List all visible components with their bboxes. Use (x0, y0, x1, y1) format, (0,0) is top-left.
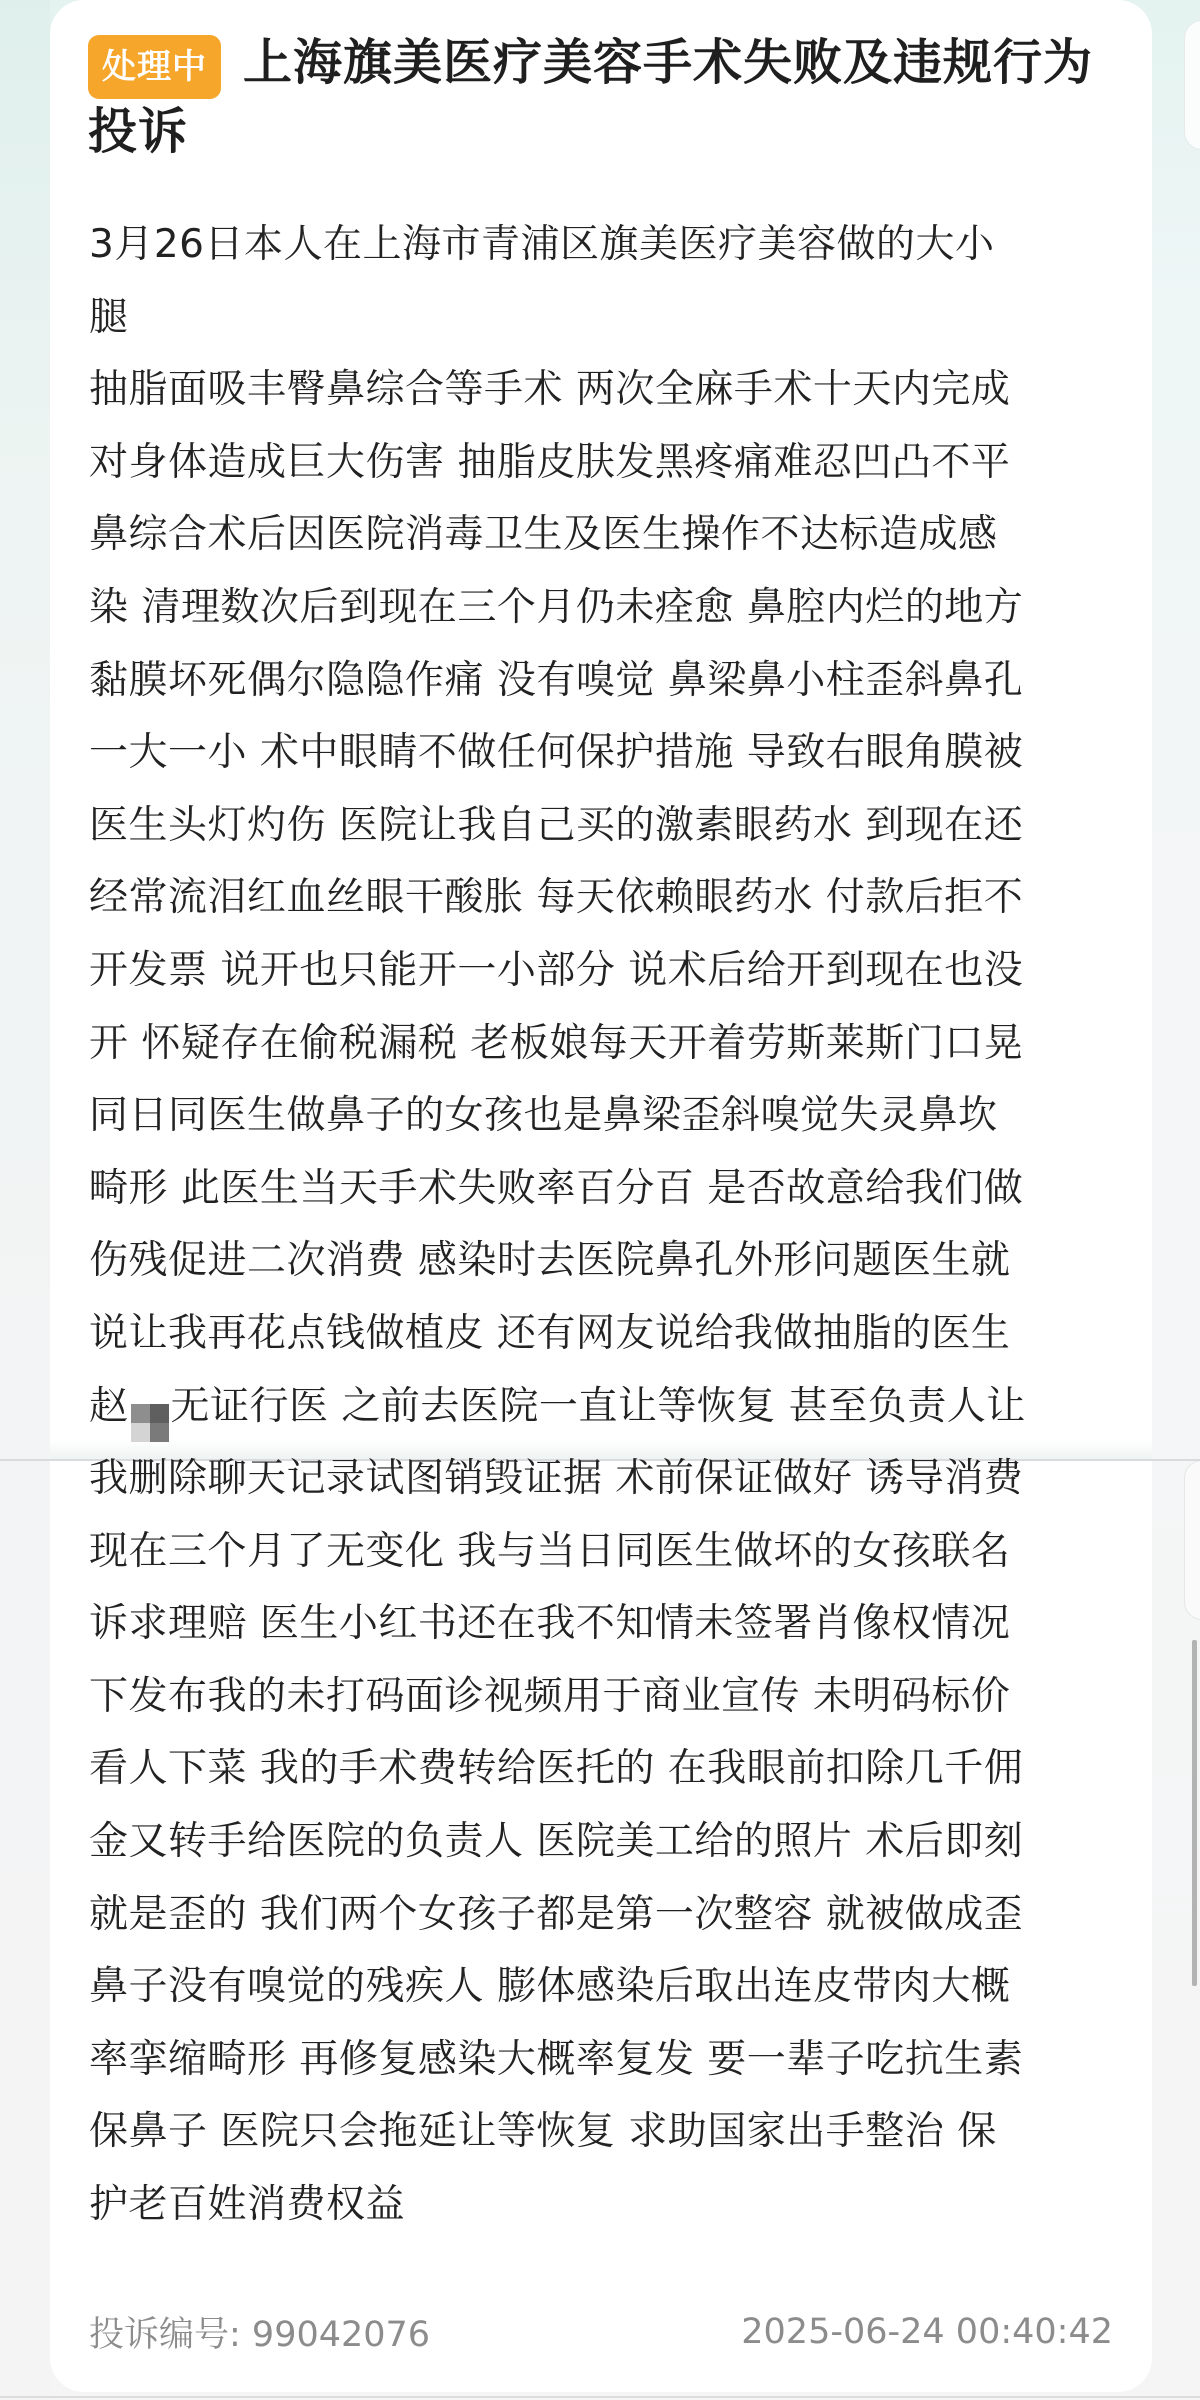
body-line: 鼻综合术后因医院消毒卫生及医生操作不达标造成感 (89, 499, 1119, 572)
body-line: 3月26日本人在上海市青浦区旗美医疗美容做的大小 (89, 209, 1119, 282)
body-line: 诉求理赔 医生小红书还在我不知情未签署肖像权情况 (89, 1588, 1119, 1661)
redacted-name-mosaic (131, 1404, 169, 1442)
body-line: 现在三个月了无变化 我与当日同医生做坏的女孩联名 (89, 1516, 1119, 1589)
body-line: 经常流泪红血丝眼干酸胀 每天依赖眼药水 付款后拒不 (89, 862, 1119, 935)
body-line: 就是歪的 我们两个女孩子都是第一次整容 就被做成歪 (89, 1879, 1119, 1952)
complaint-header: 处理中上海旗美医疗美容手术失败及违规行为投诉 (88, 30, 1128, 165)
complaint-title: 上海旗美医疗美容手术失败及违规行为投诉 (88, 34, 1093, 160)
adjacent-card-edge-lower (1184, 1460, 1200, 1620)
body-line: 对身体造成巨大伤害 抽脂皮肤发黑疼痛难忍凹凸不平 (89, 427, 1119, 500)
complaint-id-value: 99042076 (252, 2315, 430, 2355)
body-line: 鼻子没有嗅觉的残疾人 膨体感染后取出连皮带肉大概 (89, 1951, 1119, 2024)
body-line: 护老百姓消费权益 (89, 2169, 1119, 2242)
adjacent-card-edge (1184, 20, 1200, 150)
scrollbar-thumb[interactable] (1192, 1640, 1197, 1986)
body-line: 我删除聊天记录试图销毁证据 术前保证做好 诱导消费 (89, 1443, 1119, 1516)
body-line: 伤残促进二次消费 感染时去医院鼻孔外形问题医生就 (89, 1225, 1119, 1298)
body-line: 同日同医生做鼻子的女孩也是鼻梁歪斜嗅觉失灵鼻坎 (89, 1080, 1119, 1153)
body-line: 染 清理数次后到现在三个月仍未痊愈 鼻腔内烂的地方 (89, 572, 1119, 645)
body-line: 畸形 此医生当天手术失败率百分百 是否故意给我们做 (89, 1153, 1119, 1226)
censored-line-after: 无证行医 之前去医院一直让等恢复 甚至负责人让 (171, 1384, 1026, 1429)
body-line: 医生头灯灼伤 医院让我自己买的激素眼药水 到现在还 (89, 790, 1119, 863)
body-line: 看人下菜 我的手术费转给医托的 在我眼前扣除几千佣 (89, 1733, 1119, 1806)
page-background-strip (0, 0, 50, 2400)
body-line: 一大一小 术中眼睛不做任何保护措施 导致右眼角膜被 (89, 717, 1119, 790)
body-line: 说让我再花点钱做植皮 还有网友说给我做抽脂的医生 (89, 1298, 1119, 1371)
censored-line-before: 赵 (89, 1384, 129, 1429)
complaint-id-label: 投诉编号: (89, 2315, 252, 2355)
body-line: 金又转手给医院的负责人 医院美工给的照片 术后即刻 (89, 1806, 1119, 1879)
body-line-censored: 赵无证行医 之前去医院一直让等恢复 甚至负责人让 (89, 1371, 1119, 1444)
complaint-id: 投诉编号: 99042076 (89, 2307, 430, 2357)
body-line: 保鼻子 医院只会拖延让等恢复 求助国家出手整治 保 (89, 2096, 1119, 2169)
bottom-divider (0, 2396, 1200, 2398)
status-badge: 处理中 (88, 35, 221, 99)
body-line: 抽脂面吸丰臀鼻综合等手术 两次全麻手术十天内完成 (89, 354, 1119, 427)
complaint-body: 3月26日本人在上海市青浦区旗美医疗美容做的大小 腿 抽脂面吸丰臀鼻综合等手术 … (89, 209, 1119, 2242)
body-line: 开 怀疑存在偷税漏税 老板娘每天开着劳斯莱斯门口晃 (89, 1008, 1119, 1081)
body-line: 黏膜坏死偶尔隐隐作痛 没有嗅觉 鼻梁鼻小柱歪斜鼻孔 (89, 645, 1119, 718)
complaint-timestamp: 2025-06-24 00:40:42 (741, 2312, 1113, 2352)
body-line: 腿 (89, 282, 1119, 355)
body-line: 开发票 说开也只能开一小部分 说术后给开到现在也没 (89, 935, 1119, 1008)
body-line: 率挛缩畸形 再修复感染大概率复发 要一辈子吃抗生素 (89, 2024, 1119, 2097)
body-line: 下发布我的未打码面诊视频用于商业宣传 未明码标价 (89, 1661, 1119, 1734)
complaint-footer: 投诉编号: 99042076 2025-06-24 00:40:42 (89, 2302, 1113, 2362)
